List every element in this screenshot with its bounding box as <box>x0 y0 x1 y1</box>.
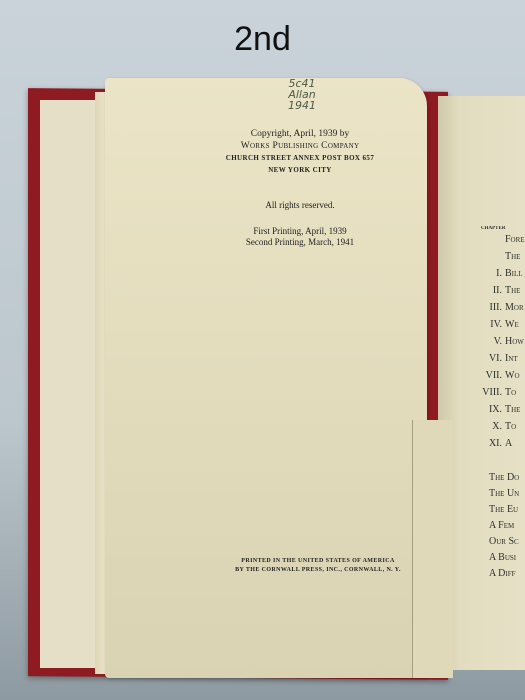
toc-row: IX.The <box>440 404 525 415</box>
rights-statement: All rights reserved. <box>190 200 410 210</box>
toc-row: IV.We <box>440 319 525 330</box>
chapter-number: IV. <box>440 319 505 330</box>
toc-row: XI.A <box>440 438 525 449</box>
edition-caption: 2nd <box>0 20 525 59</box>
imprint-line: BY THE CORNWALL PRESS, INC., CORNWALL, N… <box>218 566 418 575</box>
toc-row: I.Bill <box>440 268 525 279</box>
handwritten-note: 5c41 Allan 1941 <box>272 78 332 111</box>
chapter-number: I. <box>440 268 505 279</box>
chapter-number: VII. <box>440 370 505 381</box>
chapter-title: To <box>505 387 516 398</box>
story-title: A Diff <box>489 568 516 579</box>
story-title: Our Sc <box>489 536 519 547</box>
chapter-number: V. <box>440 336 505 347</box>
toc-row: Fore <box>440 234 525 245</box>
first-printing: First Printing, April, 1939 <box>190 226 410 237</box>
handwriting-line: 1941 <box>272 100 332 111</box>
story-title: The Eu <box>489 504 518 515</box>
chapter-number: III. <box>440 302 505 313</box>
toc-row: V.How <box>440 336 525 347</box>
chapter-title: How <box>505 336 524 347</box>
toc-row: VI.Int <box>440 353 525 364</box>
chapter-number: IX. <box>440 404 505 415</box>
chapter-title: Mor <box>505 302 524 313</box>
printing-history: First Printing, April, 1939 Second Print… <box>190 226 410 248</box>
publisher-address: CHURCH STREET ANNEX POST BOX 657 <box>190 152 410 164</box>
chapter-title: Wo <box>505 370 520 381</box>
chapter-number: X. <box>440 421 505 432</box>
chapter-number: VI. <box>440 353 505 364</box>
printer-imprint: PRINTED IN THE UNITED STATES OF AMERICA … <box>218 557 418 575</box>
chapter-title: The <box>505 251 520 262</box>
publisher-city: NEW YORK CITY <box>190 164 410 176</box>
story-title: A Busi <box>489 552 516 563</box>
story-title: A Fem <box>489 520 514 531</box>
toc-row: VIII.To <box>440 387 525 398</box>
publisher-name: Works Publishing Company <box>190 140 410 152</box>
chapter-title: Bill <box>505 268 523 279</box>
chapter-number: II. <box>440 285 505 296</box>
chapter-title: Fore <box>505 234 525 245</box>
copyright-block: Copyright, April, 1939 by Works Publishi… <box>190 128 410 176</box>
chapter-title: Int <box>505 353 518 364</box>
chapter-number: XI. <box>440 438 505 449</box>
chapter-title: The <box>505 404 520 415</box>
chapter-title: The <box>505 285 520 296</box>
chapter-title: We <box>505 319 519 330</box>
story-title: The Un <box>489 488 519 499</box>
imprint-line: PRINTED IN THE UNITED STATES OF AMERICA <box>218 557 418 566</box>
toc-row: VII.Wo <box>440 370 525 381</box>
toc-row: X.To <box>440 421 525 432</box>
chapter-title: To <box>505 421 516 432</box>
story-title: The Do <box>489 472 519 483</box>
second-printing: Second Printing, March, 1941 <box>190 237 410 248</box>
toc-row: III.Mor <box>440 302 525 313</box>
copyright-line: Copyright, April, 1939 by <box>190 128 410 140</box>
chapter-label: CHAPTER <box>481 226 505 231</box>
chapter-number: VIII. <box>440 387 505 398</box>
toc-row: II.The <box>440 285 525 296</box>
chapter-title: A <box>505 438 512 449</box>
toc-row: The <box>440 251 525 262</box>
